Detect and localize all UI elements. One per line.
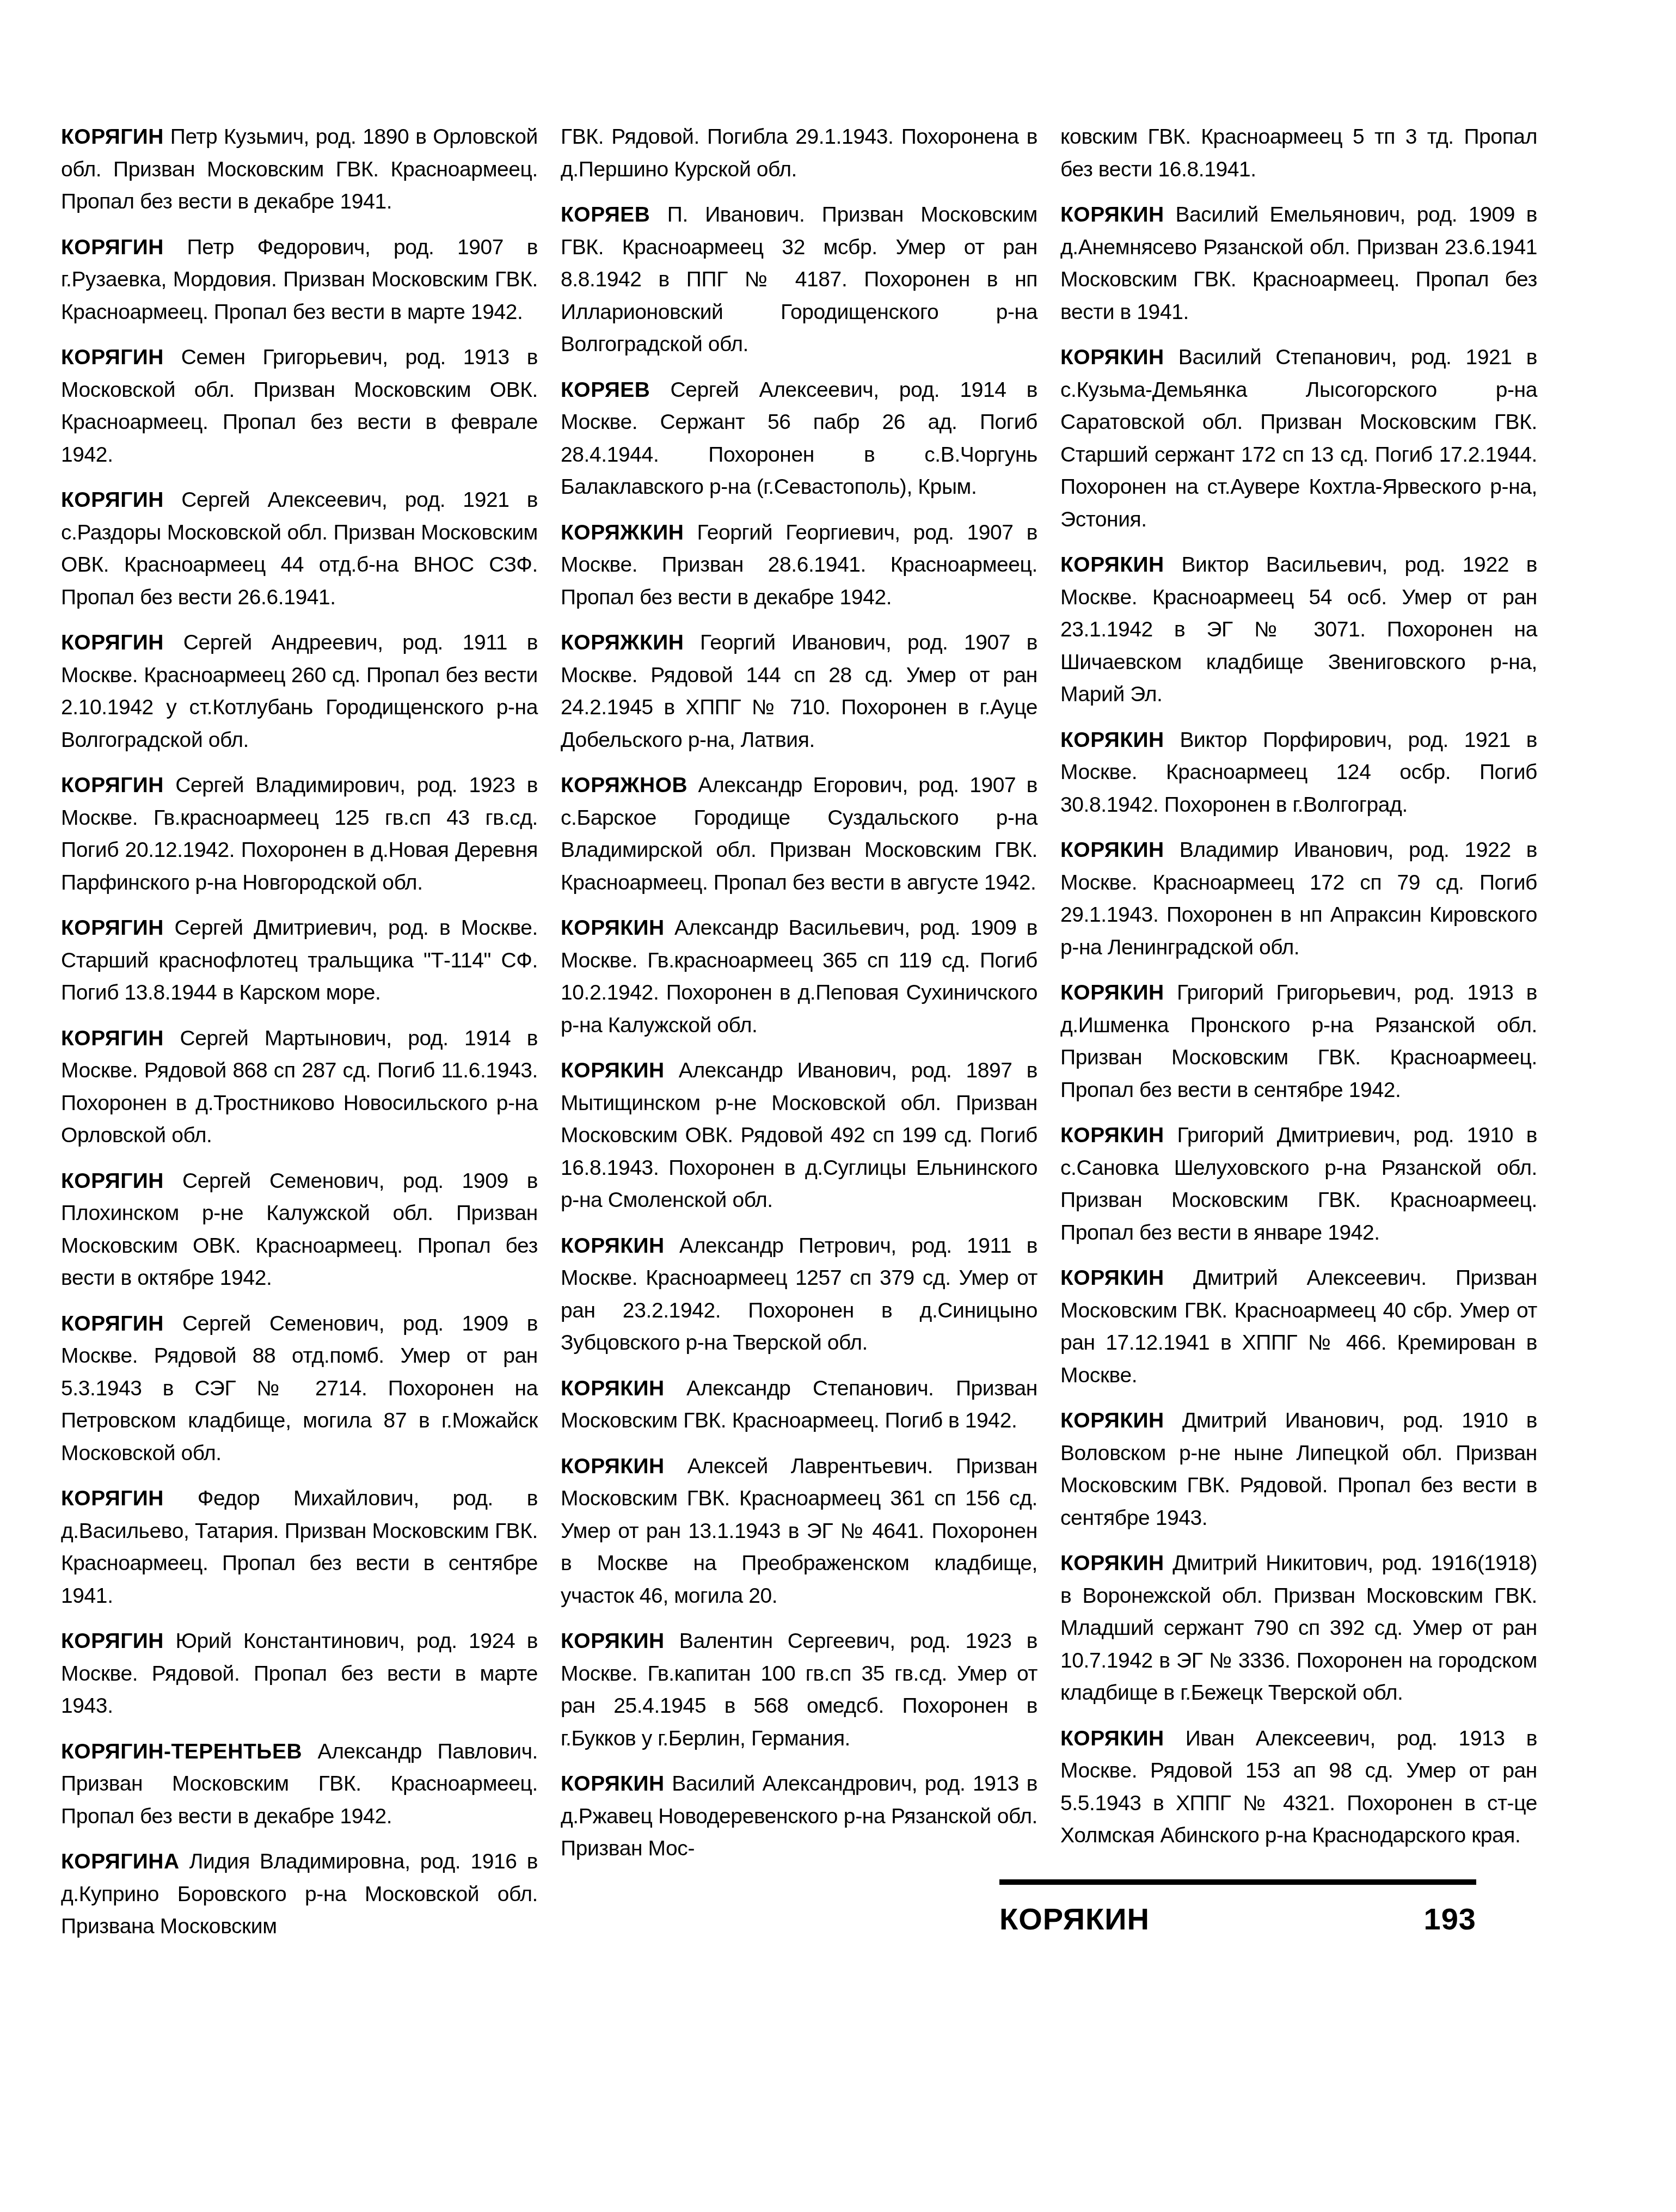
entry: КОРЯГИН Петр Федорович, род. 1907 в г.Ру… (61, 231, 538, 329)
entry-surname: КОРЯКИН (1060, 728, 1164, 752)
entry-surname: КОРЯКИН (1060, 346, 1164, 369)
entry-surname: КОРЯКИН (561, 1455, 665, 1478)
entry-surname: КОРЯКИН (1060, 981, 1164, 1004)
entry: КОРЯГИН Сергей Семенович, род. 1909 в Пл… (61, 1165, 538, 1295)
entry: КОРЯЕВ П. Иванович. Призван Московским Г… (561, 199, 1037, 361)
entry: КОРЯКИН Александр Степанович. Призван Мо… (561, 1372, 1037, 1437)
entry: КОРЯГИН Сергей Владимирович, род. 1923 в… (61, 769, 538, 899)
entry-surname: КОРЯГИН (61, 236, 164, 259)
entry: КОРЯЖКИН Георгий Георгиевич, род. 1907 в… (561, 517, 1037, 614)
entry-surname: КОРЯГИН (61, 125, 164, 149)
footer-row: КОРЯКИН 193 (999, 1901, 1476, 1937)
entry-surname: КОРЯГИН (61, 1487, 164, 1510)
entry: КОРЯКИН Валентин Сергеевич, род. 1923 в … (561, 1625, 1037, 1755)
entry: КОРЯГИН Семен Григорьевич, род. 1913 в М… (61, 341, 538, 471)
entry-surname: КОРЯКИН (561, 916, 665, 940)
entry-surname: КОРЯКИН (1060, 1266, 1164, 1290)
entry-surname: КОРЯКИН (561, 1059, 665, 1082)
column-3: ковским ГВК. Красноармеец 5 тп 3 тд. Про… (1060, 121, 1537, 1865)
entry-surname: КОРЯГИН (61, 916, 164, 940)
entry-surname: КОРЯКИН (1060, 553, 1164, 577)
entry-surname: КОРЯГИН (61, 631, 164, 654)
column-2: ГВК. Рядовой. Погибла 29.1.1943. Похорон… (561, 121, 1037, 1878)
entry-surname: КОРЯГИНА (61, 1850, 180, 1873)
entry-surname: КОРЯГИН (61, 1169, 164, 1193)
entry-surname: КОРЯГИН-ТЕРЕНТЬЕВ (61, 1740, 302, 1763)
entry: КОРЯГИН Юрий Константинович, род. 1924 в… (61, 1625, 538, 1723)
entry-surname: КОРЯКИН (561, 1377, 665, 1400)
entry-surname: КОРЯГИН (61, 774, 164, 797)
entry: КОРЯКИН Владимир Иванович, род. 1922 в М… (1060, 834, 1537, 964)
footer-rule (999, 1879, 1476, 1885)
entry: КОРЯЖНОВ Александр Егорович, род. 1907 в… (561, 769, 1037, 899)
entry: КОРЯКИН Василий Степанович, род. 1921 в … (1060, 341, 1537, 536)
running-head: КОРЯКИН (999, 1901, 1150, 1937)
entry-surname: КОРЯКИН (1060, 203, 1164, 226)
page-number: 193 (1424, 1901, 1476, 1937)
entry: ГВК. Рядовой. Погибла 29.1.1943. Похорон… (561, 121, 1037, 186)
entry-text: ковским ГВК. Красноармеец 5 тп 3 тд. Про… (1060, 125, 1537, 181)
entry-surname: КОРЯКИН (1060, 1727, 1164, 1750)
entry: КОРЯКИН Виктор Порфирович, род. 1921 в М… (1060, 724, 1537, 822)
entry-surname: КОРЯКИН (1060, 1124, 1164, 1147)
entry: КОРЯГИН Петр Кузьмич, род. 1890 в Орловс… (61, 121, 538, 218)
entry-text: Василий Степанович, род. 1921 в с.Кузьма… (1060, 346, 1537, 531)
entry-surname: КОРЯЖНОВ (561, 774, 687, 797)
entry: КОРЯКИН Дмитрий Никитович, род. 1916(191… (1060, 1547, 1537, 1709)
entry: КОРЯКИН Александр Васильевич, род. 1909 … (561, 912, 1037, 1041)
entry-surname: КОРЯГИН (61, 1629, 164, 1653)
entry: КОРЯКИН Дмитрий Алексеевич. Призван Моск… (1060, 1262, 1537, 1392)
entry: КОРЯКИН Григорий Григорьевич, род. 1913 … (1060, 977, 1537, 1106)
entry: КОРЯГИН Сергей Дмитриевич, род. в Москве… (61, 912, 538, 1009)
entry: КОРЯКИН Александр Иванович, род. 1897 в … (561, 1055, 1037, 1217)
entry: КОРЯГИН-ТЕРЕНТЬЕВ Александр Павлович. Пр… (61, 1736, 538, 1833)
entry: КОРЯЕВ Сергей Алексеевич, род. 1914 в Мо… (561, 374, 1037, 504)
entry: КОРЯКИН Василий Емельянович, род. 1909 в… (1060, 199, 1537, 328)
entry-surname: КОРЯГИН (61, 1312, 164, 1335)
entry-surname: КОРЯЖКИН (561, 631, 684, 654)
entry: КОРЯКИН Григорий Дмитриевич, род. 1910 в… (1060, 1119, 1537, 1249)
entry: КОРЯКИН Виктор Васильевич, род. 1922 в М… (1060, 549, 1537, 711)
entry: КОРЯКИН Александр Петрович, род. 1911 в … (561, 1230, 1037, 1359)
entry-surname: КОРЯЕВ (561, 378, 650, 402)
entry-surname: КОРЯКИН (561, 1629, 665, 1653)
entry-surname: КОРЯЕВ (561, 203, 650, 226)
entry: КОРЯГИН Сергей Андреевич, род. 1911 в Мо… (61, 627, 538, 756)
page-footer: КОРЯКИН 193 (999, 1879, 1476, 1937)
entry-surname: КОРЯГИН (61, 1027, 164, 1050)
entry: КОРЯГИН Сергей Мартынович, род. 1914 в М… (61, 1022, 538, 1152)
entry-surname: КОРЯКИН (1060, 1552, 1164, 1575)
entry: КОРЯКИН Василий Александрович, род. 1913… (561, 1768, 1037, 1865)
entry: ковским ГВК. Красноармеец 5 тп 3 тд. Про… (1060, 121, 1537, 186)
entry: КОРЯКИН Дмитрий Иванович, род. 1910 в Во… (1060, 1405, 1537, 1534)
entry: КОРЯЖКИН Георгий Иванович, род. 1907 в М… (561, 627, 1037, 756)
entry: КОРЯГИН Сергей Алексеевич, род. 1921 в с… (61, 484, 538, 614)
entry: КОРЯГИНА Лидия Владимировна, род. 1916 в… (61, 1846, 538, 1943)
entry-surname: КОРЯКИН (561, 1234, 665, 1258)
entry-surname: КОРЯКИН (561, 1772, 665, 1796)
entry: КОРЯГИН Федор Михайлович, род. в д.Васил… (61, 1482, 538, 1612)
entry-surname: КОРЯГИН (61, 346, 164, 369)
entry-surname: КОРЯКИН (1060, 1409, 1164, 1432)
entry-text: ГВК. Рядовой. Погибла 29.1.1943. Похорон… (561, 125, 1037, 181)
column-1: КОРЯГИН Петр Кузьмич, род. 1890 в Орловс… (61, 121, 538, 1956)
entry-surname: КОРЯЖКИН (561, 521, 684, 544)
entry-surname: КОРЯГИН (61, 488, 164, 512)
entry-surname: КОРЯКИН (1060, 838, 1164, 862)
book-page: КОРЯГИН Петр Кузьмич, род. 1890 в Орловс… (61, 121, 1542, 2092)
entry: КОРЯГИН Сергей Семенович, род. 1909 в Мо… (61, 1308, 538, 1470)
entry: КОРЯКИН Иван Алексеевич, род. 1913 в Мос… (1060, 1723, 1537, 1852)
entry: КОРЯКИН Алексей Лаврентьевич. Призван Мо… (561, 1450, 1037, 1613)
